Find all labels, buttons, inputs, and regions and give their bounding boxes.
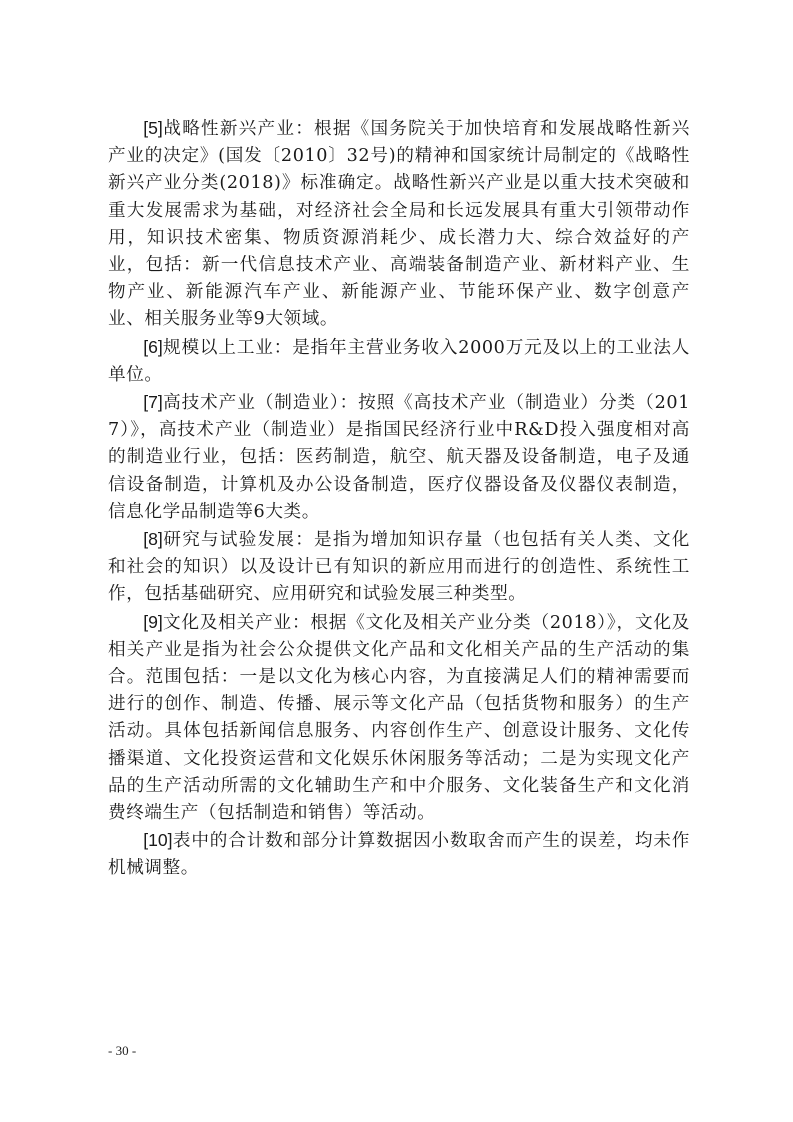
note-8: [8]研究与试验发展：是指为增加知识存量（也包括有关人类、文化和社会的知识）以及…	[108, 526, 690, 609]
document-page: [5]战略性新兴产业：根据《国务院关于加快培育和发展战略性新兴产业的决定》(国发…	[0, 0, 793, 1122]
notes-section: [5]战略性新兴产业：根据《国务院关于加快培育和发展战略性新兴产业的决定》(国发…	[108, 115, 690, 883]
note-text: 战略性新兴产业：根据《国务院关于加快培育和发展战略性新兴产业的决定》(国发〔20…	[108, 119, 690, 329]
note-marker: [10]	[143, 830, 172, 850]
note-text: 表中的合计数和部分计算数据因小数取舍而产生的误差，均未作机械调整。	[108, 831, 690, 878]
note-text: 高技术产业（制造业）：按照《高技术产业（制造业）分类（2017）》，高技术产业（…	[108, 393, 690, 522]
note-5: [5]战略性新兴产业：根据《国务院关于加快培育和发展战略性新兴产业的决定》(国发…	[108, 115, 690, 334]
note-7: [7]高技术产业（制造业）：按照《高技术产业（制造业）分类（2017）》，高技术…	[108, 389, 690, 526]
note-text: 研究与试验发展：是指为增加知识存量（也包括有关人类、文化和社会的知识）以及设计已…	[108, 530, 690, 604]
note-marker: [7]	[143, 392, 163, 412]
note-marker: [5]	[143, 118, 163, 138]
note-6: [6]规模以上工业：是指年主营业务收入2000万元及以上的工业法人单位。	[108, 334, 690, 389]
note-text: 规模以上工业：是指年主营业务收入2000万元及以上的工业法人单位。	[108, 338, 690, 385]
note-9: [9]文化及相关产业：根据《文化及相关产业分类（2018）》，文化及相关产业是指…	[108, 609, 690, 828]
note-10: [10]表中的合计数和部分计算数据因小数取舍而产生的误差，均未作机械调整。	[108, 827, 690, 882]
note-marker: [9]	[143, 612, 163, 632]
note-marker: [8]	[143, 529, 163, 549]
note-text: 文化及相关产业：根据《文化及相关产业分类（2018）》，文化及相关产业是指为社会…	[108, 613, 690, 823]
page-number: - 30 -	[108, 1043, 136, 1059]
note-marker: [6]	[143, 337, 163, 357]
